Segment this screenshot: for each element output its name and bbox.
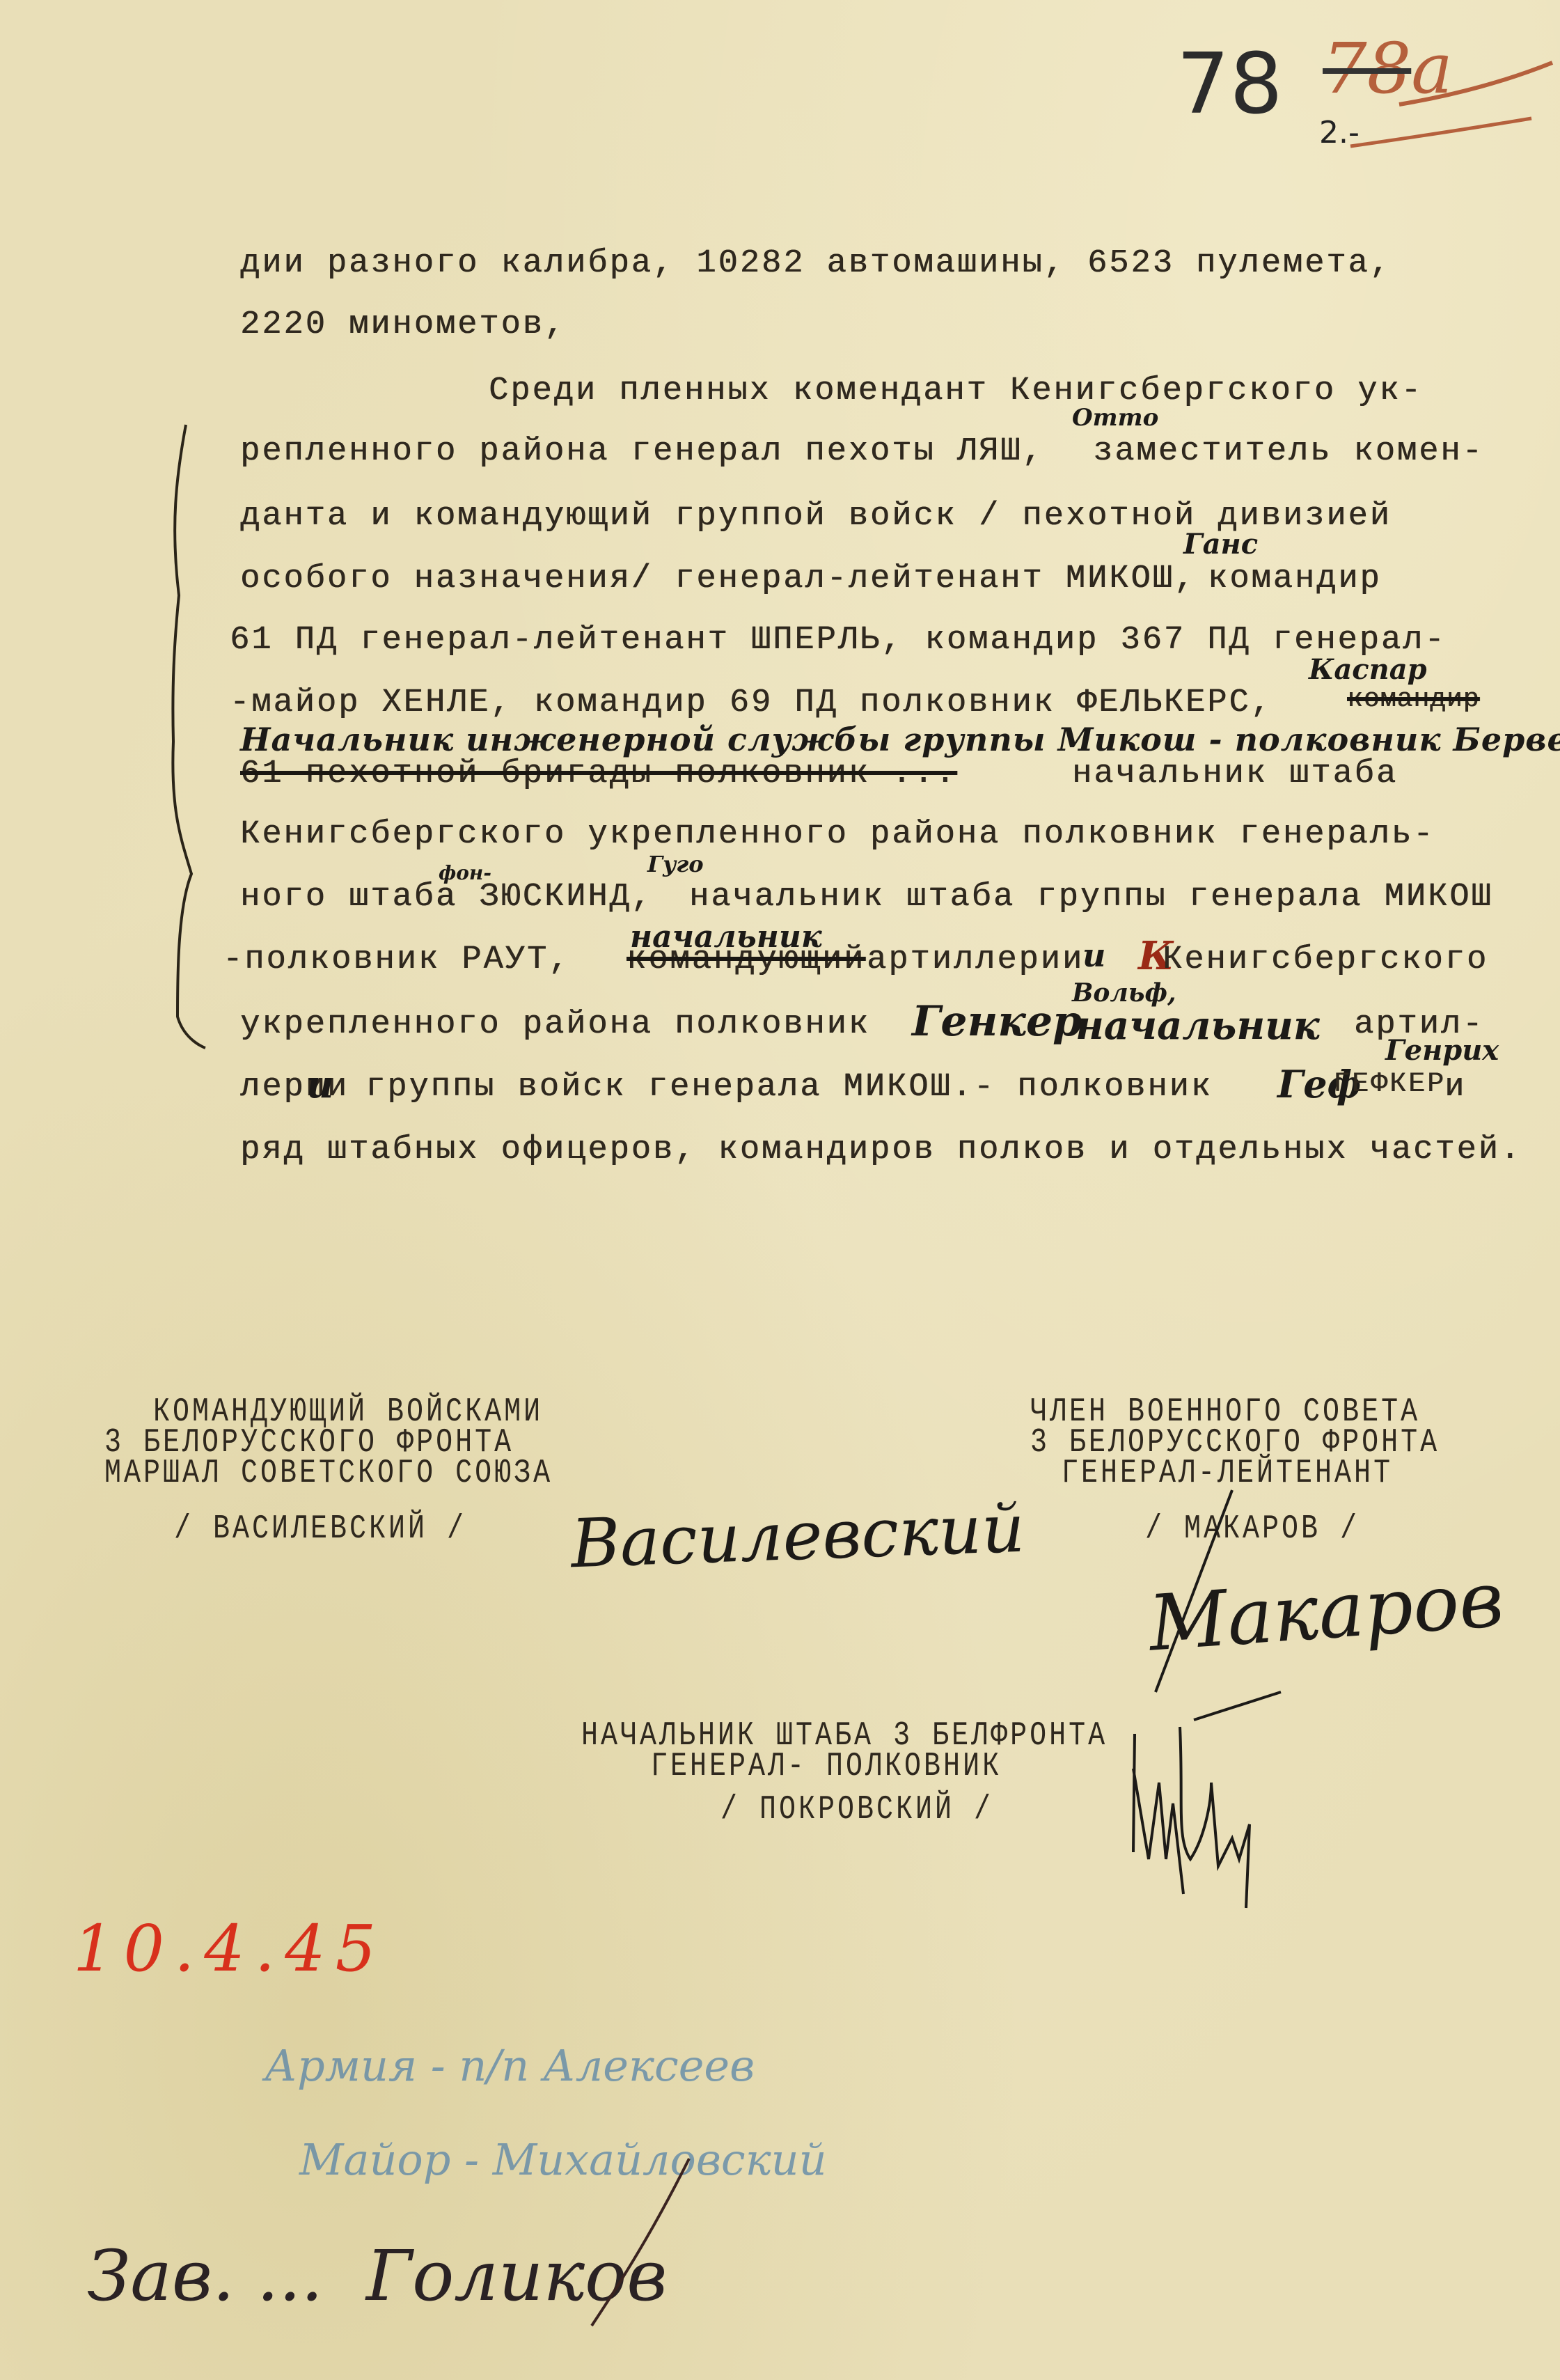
body-line-9b: начальник штаба <box>1072 756 1398 792</box>
body-line-6a: особого назначения/ генерал-лейтенант МИ… <box>240 561 1196 597</box>
body-line-12d: Кенигсбергского <box>1163 941 1488 978</box>
center-name: / ПОКРОВСКИЙ / <box>581 1794 1108 1827</box>
insertion-henker: Генкер <box>912 997 1082 1046</box>
body-line-8b-struck: командир <box>1347 684 1479 714</box>
body-line-3: Среди пленных комендант Кенигсбергского … <box>489 373 1423 409</box>
center-title-line2: ГЕНЕРАЛ- ПОЛКОВНИК <box>581 1751 1108 1784</box>
body-line-14d: и <box>1444 1069 1466 1106</box>
body-line-1: дии разного калибра, 10282 автомашины, 6… <box>240 245 1392 282</box>
blue-note-line1: Армия - п/п Алексеев <box>265 2040 755 2091</box>
right-signature-stroke-icon <box>1142 1483 1281 1692</box>
body-line-7: 61 ПД генерал-лейтенант ШПЕРЛЬ, командир… <box>230 622 1446 659</box>
red-underline-icon <box>1344 49 1560 153</box>
insertion-artillery-suffix2: и <box>306 1062 333 1106</box>
insertion-kaspar: Каспар <box>1309 653 1427 686</box>
red-date-annotation: 10.4.45 <box>73 1911 386 1986</box>
body-line-12a: -полковник РАУТ, <box>223 941 570 978</box>
body-line-11a: ного штаба ЗЮСКИНД, <box>240 879 653 916</box>
insertion-hans: Ганс <box>1183 528 1258 561</box>
body-line-11b: начальник штаба группы генерала МИКОШ <box>689 879 1493 916</box>
left-name: / ВАСИЛЕВСКИЙ / <box>104 1513 553 1547</box>
body-line-9-struck: 61 пехотной бригады полковник ... <box>240 756 957 792</box>
body-line-12-struck: командующий <box>627 941 865 978</box>
body-line-10: Кенигсбергского укрепленного района полк… <box>240 816 1435 853</box>
insertion-nachalnik-overwrite: начальник <box>1076 1003 1320 1049</box>
body-line-14b: группы войск генерала МИКОШ.- полковник <box>365 1069 1213 1106</box>
archive-page-number: 78 <box>1176 36 1283 133</box>
left-handwritten-signature: Василевский <box>569 1489 1025 1583</box>
insertion-genrih: Генрих <box>1385 1034 1499 1067</box>
body-line-15: ряд штабных офицеров, командиров полков … <box>240 1132 1522 1168</box>
bottom-signature-stroke-icon <box>487 2159 696 2367</box>
body-line-4a: репленного района генерал пехоты ЛЯШ, <box>240 433 1044 470</box>
insertion-artillery-suffix: и <box>1082 937 1105 974</box>
bottom-signature-part1: Зав. ... <box>87 2235 323 2317</box>
insertion-otto: Отто <box>1072 404 1158 432</box>
insertion-engineer-line: Начальник инженерной службы группы Микош… <box>240 721 1560 758</box>
body-line-14c: ГЕФКЕР <box>1333 1069 1446 1100</box>
page-sequence-number: 2.- <box>1319 115 1360 150</box>
body-line-8a: -майор ХЕНЛЕ, командир 69 ПД полковник Ф… <box>230 684 1273 721</box>
body-line-4b: заместитель комен- <box>1093 433 1484 470</box>
body-line-13a: укрепленного района полковник <box>240 1006 870 1043</box>
margin-bracket-icon <box>157 421 198 1257</box>
signature-block-left: КОМАНДУЮЩИЙ ВОЙСКАМИ 3 БЕЛОРУССКОГО ФРОН… <box>104 1396 553 1541</box>
signature-block-center: НАЧАЛЬНИК ШТАБА 3 БЕЛФРОНТА ГЕНЕРАЛ- ПОЛ… <box>581 1720 1108 1822</box>
body-line-6b: командир <box>1208 561 1382 597</box>
insertion-hugo: Гуго <box>647 851 704 877</box>
body-line-12c: артиллерии <box>867 941 1084 978</box>
center-handwritten-signature-icon <box>1128 1699 1441 1943</box>
left-title-line3: МАРШАЛ СОВЕТСКОГО СОЮЗА <box>104 1457 553 1491</box>
body-line-2: 2220 минометов, <box>240 306 566 343</box>
